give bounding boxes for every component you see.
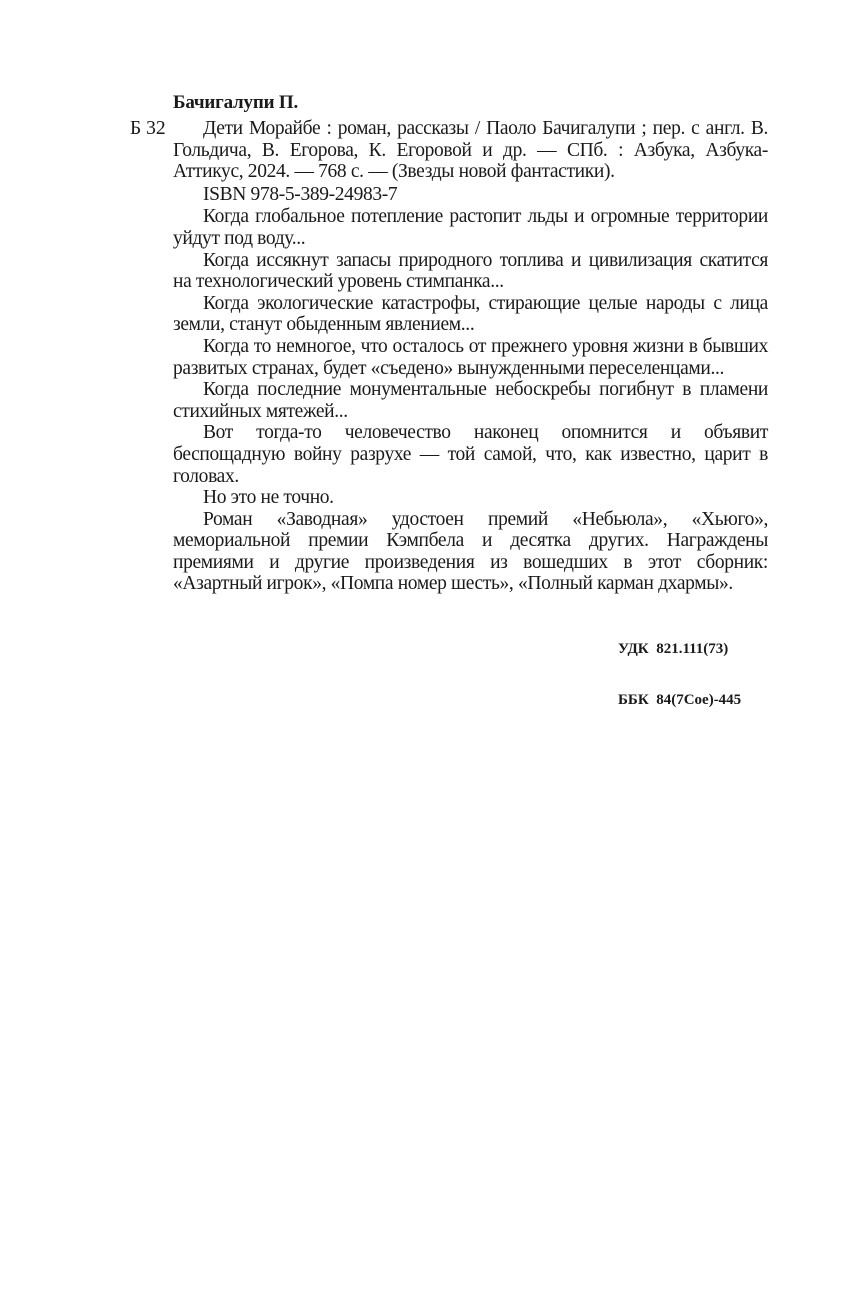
annotation-paragraph: Когда иссякнут запасы природного топлива… xyxy=(173,250,768,293)
annotation-paragraph: Вот тогда-то человечество наконец опомни… xyxy=(173,422,768,487)
catalog-card-page: Бачигалупи П. Б 32 Дети Морайбе : роман,… xyxy=(0,0,856,1299)
annotation-paragraph: Когда последние монументальные небоскреб… xyxy=(173,379,768,422)
udk-index: УДК 821.111(73) xyxy=(618,641,768,658)
record-body: Дети Морайбе : роман, рассказы / Паоло Б… xyxy=(173,118,768,595)
annotation: Когда глобальное потепление растопит льд… xyxy=(173,206,768,595)
bibliographic-description: Дети Морайбе : роман, рассказы / Паоло Б… xyxy=(173,118,768,183)
annotation-paragraph: Когда глобальное потепление растопит льд… xyxy=(173,206,768,249)
isbn: ISBN 978-5-389-24983-7 xyxy=(173,184,768,206)
annotation-paragraph: Когда то немногое, что осталось от прежн… xyxy=(173,336,768,379)
author-heading: Бачигалупи П. xyxy=(173,92,298,114)
classification-indices: УДК 821.111(73) ББК 84(7Сое)-445 xyxy=(618,607,768,743)
annotation-paragraph: Но это не точно. xyxy=(173,487,768,509)
class-code: Б 32 xyxy=(130,118,166,140)
annotation-paragraph: Роман «Заводная» удостоен премий «Небьюл… xyxy=(173,509,768,595)
bbk-index: ББК 84(7Сое)-445 xyxy=(618,692,768,709)
annotation-paragraph: Когда экологические катастрофы, стирающи… xyxy=(173,293,768,336)
